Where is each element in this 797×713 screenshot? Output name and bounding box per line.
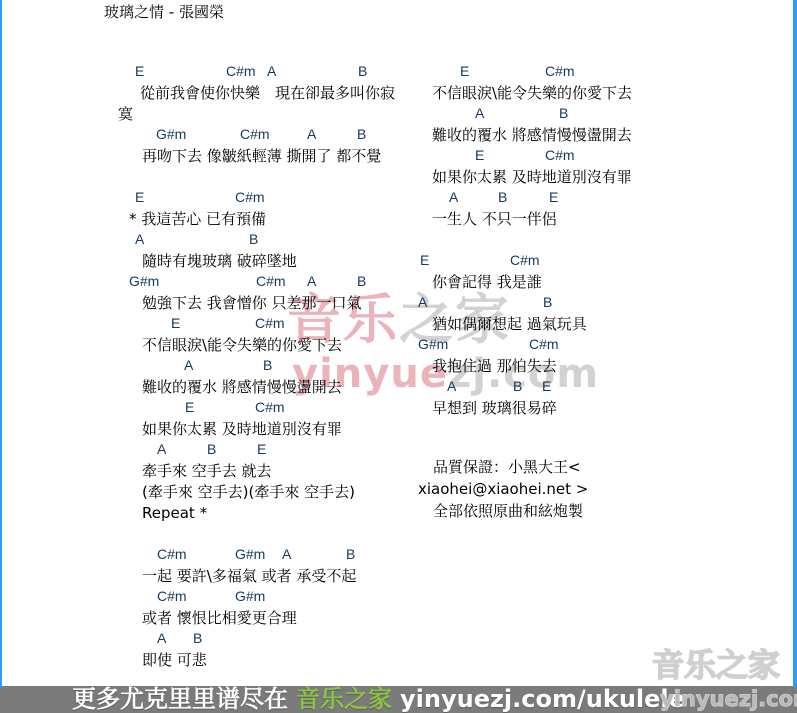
chord-label: B — [249, 231, 258, 247]
right-blue-border — [793, 0, 797, 687]
lyric-line: * 我這苦心 已有預備 — [129, 210, 266, 228]
chord-label: B — [513, 378, 522, 394]
lyric-line: 難收的覆水 將感情慢慢盪開去 — [432, 126, 632, 144]
chord-label: A — [282, 546, 291, 562]
footer-more-text: 更多尤克里里谱尽在 — [72, 686, 288, 713]
lyric-line: 從前我會使你快樂 現在卻最多叫你寂 — [140, 84, 395, 102]
chord-label: B — [263, 357, 272, 373]
corner-watermark-url: yinyuezj.com — [660, 687, 797, 711]
lyric-line: 一起 要許\多福氣 或者 承受不起 — [142, 567, 356, 585]
lyric-line: xiaohei@xiaohei.net > — [418, 480, 588, 498]
lyric-line: 不信眼淚\能令失樂的你愛下去 — [432, 84, 632, 102]
chord-label: B — [357, 273, 366, 289]
chord-label: A — [418, 294, 427, 310]
lyric-line: 即使 可悲 — [142, 651, 207, 669]
chord-label: G#m — [235, 546, 265, 562]
lyric-line: 隨時有塊玻璃 破碎墜地 — [142, 252, 297, 270]
chord-label: C#m — [240, 126, 270, 142]
chord-label: B — [559, 105, 568, 121]
chord-label: A — [157, 441, 166, 457]
chord-label: E — [185, 399, 194, 415]
lyric-line: 一生人 不只一伴侶 — [432, 210, 557, 228]
chord-label: C#m — [255, 315, 285, 331]
lyric-line: 早想到 玻璃很易碎 — [432, 399, 557, 417]
lyric-line: 如果你太累 及時地道別沒有罪 — [432, 168, 632, 186]
corner-watermark-brand: 音乐之家 — [652, 648, 780, 682]
chord-label: C#m — [545, 63, 575, 79]
lyric-line: 再吻下去 像皺紙輕薄 撕開了 都不覺 — [142, 147, 381, 165]
chord-label: A — [475, 105, 484, 121]
chord-label: B — [193, 630, 202, 646]
chord-label: B — [357, 126, 366, 142]
chord-label: E — [549, 189, 558, 205]
chord-label: A — [135, 231, 144, 247]
chord-label: C#m — [157, 588, 187, 604]
footer-url: yinyuezj.com/ukulele — [400, 686, 685, 713]
lyric-line: 牽手來 空手去 就去 — [142, 462, 272, 480]
lyric-line: 寞 — [118, 105, 133, 123]
chord-label: G#m — [235, 588, 265, 604]
footer-brand: 音乐之家 — [296, 686, 392, 713]
chord-sheet: EC#mAB從前我會使你快樂 現在卻最多叫你寂寞G#mC#mAB再吻下去 像皺紙… — [0, 0, 797, 686]
lyric-line: 或者 懷恨比相愛更合理 — [142, 609, 297, 627]
chord-label: E — [542, 378, 551, 394]
chord-label: E — [460, 63, 469, 79]
chord-label: A — [267, 63, 276, 79]
chord-label: A — [184, 357, 193, 373]
left-blue-border — [0, 0, 2, 687]
chord-sheet-page: 音乐之家 yinyuezj.com 玻璃之情 - 張國榮 EC#mAB從前我會使… — [0, 0, 797, 713]
lyric-line: 難收的覆水 將感情慢慢盪開去 — [142, 378, 342, 396]
chord-label: E — [135, 189, 144, 205]
chord-label: C#m — [510, 252, 540, 268]
chord-label: E — [135, 63, 144, 79]
chord-label: A — [307, 126, 316, 142]
lyric-line: 品質保證：小黑大王< — [433, 458, 581, 476]
lyric-line: 你會記得 我是誰 — [432, 273, 542, 291]
lyric-line: 猶如偶爾想起 過氣玩具 — [432, 315, 587, 333]
chord-label: A — [447, 378, 456, 394]
lyric-line: 全部依照原曲和絃炮製 — [433, 502, 583, 520]
chord-label: G#m — [156, 126, 186, 142]
chord-label: B — [543, 294, 552, 310]
chord-label: A — [449, 189, 458, 205]
lyric-line: 勉強下去 我會憎你 只差那一口氣 — [142, 294, 362, 312]
chord-label: C#m — [256, 273, 286, 289]
chord-label: A — [307, 273, 316, 289]
chord-label: E — [420, 252, 429, 268]
chord-label: B — [358, 63, 367, 79]
chord-label: E — [171, 315, 180, 331]
chord-label: C#m — [255, 399, 285, 415]
chord-label: B — [498, 189, 507, 205]
chord-label: E — [475, 147, 484, 163]
lyric-line: Repeat * — [142, 504, 207, 522]
chord-label: B — [346, 546, 355, 562]
chord-label: B — [207, 441, 216, 457]
chord-label: C#m — [545, 147, 575, 163]
lyric-line: 我抱住過 那怕失去 — [432, 357, 557, 375]
chord-label: C#m — [529, 336, 559, 352]
lyric-line: (牽手來 空手去)(牽手來 空手去) — [142, 483, 355, 501]
lyric-line: 如果你太累 及時地道別沒有罪 — [142, 420, 342, 438]
chord-label: A — [157, 630, 166, 646]
chord-label: C#m — [157, 546, 187, 562]
chord-label: C#m — [235, 189, 265, 205]
chord-label: G#m — [129, 273, 159, 289]
chord-label: G#m — [418, 336, 448, 352]
chord-label: C#m — [226, 63, 256, 79]
lyric-line: 不信眼淚\能令失樂的你愛下去 — [142, 336, 342, 354]
chord-label: E — [257, 441, 266, 457]
